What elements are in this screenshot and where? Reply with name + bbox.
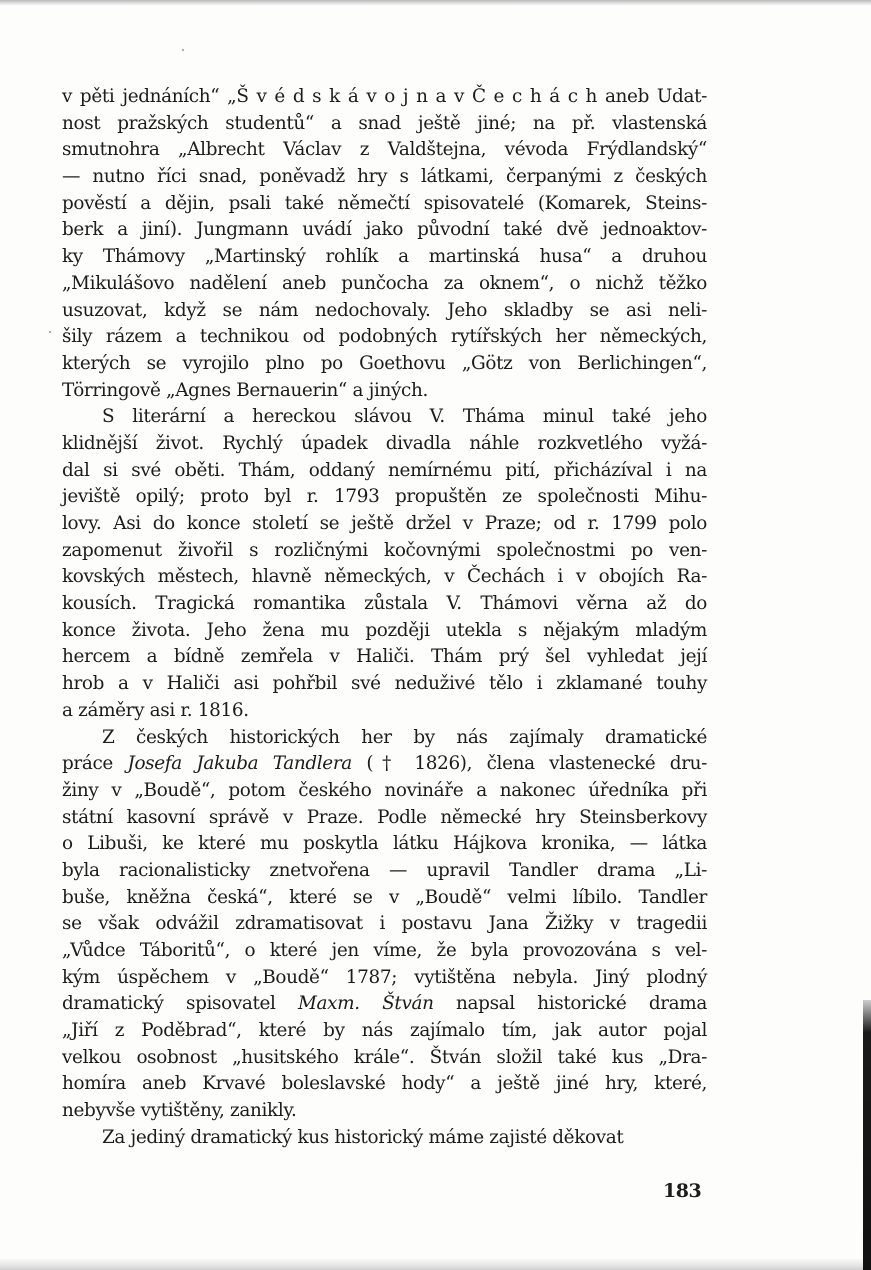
text-line: jeviště opilý; proto byl r. 1793 propušt… xyxy=(62,484,707,511)
text-line: dramatický spisovatel Maxm. Štván napsal… xyxy=(62,991,707,1018)
scan-top-edge xyxy=(0,0,871,6)
text-line: lovy. Asi do konce století se ještě drže… xyxy=(62,511,707,538)
text-line: homíra aneb Krvavé boleslavské hody“ a j… xyxy=(62,1071,707,1098)
text-line: velkou osobnost „husitského krále“. Štvá… xyxy=(62,1045,707,1072)
paragraph: Za jediný dramatický kus historický máme… xyxy=(62,1125,707,1152)
paragraph: Z českých historických her by nás zajíma… xyxy=(62,725,707,1125)
body-text: v pěti jednáních“ „Š v é d s k á v o j n… xyxy=(62,84,707,1152)
text-line: nost pražských studentů“ a snad ještě ji… xyxy=(62,111,707,138)
text-line: „Vůdce Táboritů“, o které jen víme, že b… xyxy=(62,938,707,965)
text-line: se však odvážil zdramatisovat i postavu … xyxy=(62,911,707,938)
text-line: buše, kněžna česká“, které se v „Boudě“ … xyxy=(62,885,707,912)
text-line: šily rázem a technikou od podobných rytí… xyxy=(62,324,707,351)
italic-name: Josefa Jakuba Tandlera xyxy=(127,753,351,774)
text-line: ky Thámovy „Martinský rohlík a martinská… xyxy=(62,244,707,271)
scan-bottom-edge xyxy=(0,1258,863,1270)
text-line: hercem a bídně zemřela v Haliči. Thám pr… xyxy=(62,644,707,671)
text-line: zapomenut živořil s rozličnými kočovnými… xyxy=(62,538,707,565)
text-line: kterých se vyrojilo plno po Goethovu „Gö… xyxy=(62,351,707,378)
text-line: klidnější život. Rychlý úpadek divadla n… xyxy=(62,431,707,458)
text-line: berk a jiní). Jungmann uvádí jako původn… xyxy=(62,217,707,244)
page-number: 183 xyxy=(663,1180,701,1202)
text-line: a záměry asi r. 1816. xyxy=(62,698,707,725)
book-page: v pěti jednáních“ „Š v é d s k á v o j n… xyxy=(0,0,871,1270)
text-line: S literární a hereckou slávou V. Tháma m… xyxy=(62,404,707,431)
text-line: Z českých historických her by nás zajíma… xyxy=(62,725,707,752)
text-line: usuzovat, když se nám nedochovaly. Jeho … xyxy=(62,298,707,325)
paragraph: S literární a hereckou slávou V. Tháma m… xyxy=(62,404,707,724)
text-line: žiny v „Boudě“, potom českého novináře a… xyxy=(62,778,707,805)
text-line: nebyvše vytištěny, zanikly. xyxy=(62,1098,707,1125)
scan-right-edge xyxy=(863,1000,871,1270)
text-line: Za jediný dramatický kus historický máme… xyxy=(62,1125,707,1152)
italic-name: Maxm. Štván xyxy=(298,993,434,1014)
scan-speck xyxy=(49,331,51,333)
paragraph: v pěti jednáních“ „Š v é d s k á v o j n… xyxy=(62,84,707,404)
text-line: dal si své oběti. Thám, oddaný nemírnému… xyxy=(62,458,707,485)
text-line: Törringově „Agnes Bernauerin“ a jiných. xyxy=(62,378,707,405)
text-line: „Jiří z Poděbrad“, které by nás zajímalo… xyxy=(62,1018,707,1045)
text-line: smutnohra „Albrecht Václav z Valdštejna,… xyxy=(62,137,707,164)
text-line: v pěti jednáních“ „Š v é d s k á v o j n… xyxy=(62,84,707,111)
text-line: hrob a v Haliči asi pohřbil své neduživé… xyxy=(62,671,707,698)
text-line: konce života. Jeho žena mu později utekl… xyxy=(62,618,707,645)
text-line: státní kasovní správě v Praze. Podle něm… xyxy=(62,805,707,832)
text-line: práce Josefa Jakuba Tandlera († 1826), č… xyxy=(62,751,707,778)
text-line: kousích. Tragická romantika zůstala V. T… xyxy=(62,591,707,618)
text-line: o Libuši, ke které mu poskytla látku Háj… xyxy=(62,831,707,858)
text-line: byla racionalisticky znetvořena — upravi… xyxy=(62,858,707,885)
text-line: — nutno říci snad, poněvadž hry s látkam… xyxy=(62,164,707,191)
scan-speck xyxy=(182,49,184,51)
text-line: pověstí a dějin, psali také němečtí spis… xyxy=(62,191,707,218)
text-line: kým úspěchem v „Boudě“ 1787; vytištěna n… xyxy=(62,965,707,992)
text-line: „Mikulášovo nadělení aneb punčocha za ok… xyxy=(62,271,707,298)
text-line: kovských městech, hlavně německých, v Če… xyxy=(62,564,707,591)
